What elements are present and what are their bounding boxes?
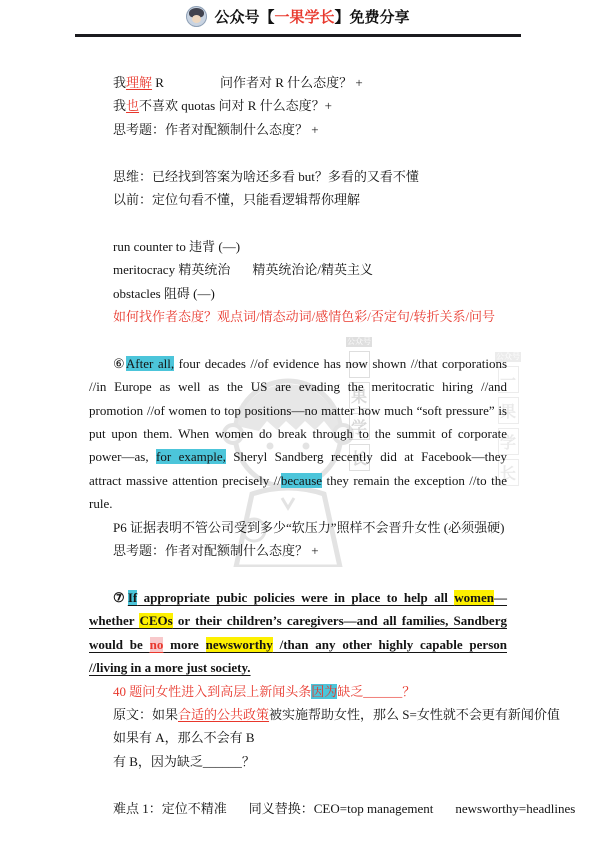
text-segment: no xyxy=(150,637,164,652)
doc-line: 40 题问女性进入到高层上新闻头条因为缺乏______？ xyxy=(89,680,507,703)
doc-line: meritocracy 精英统治精英统治论/精英主义 xyxy=(89,258,507,281)
doc-line: P6 证据表明不管公司受到多少“软压力”照样不会晋升女性 (必须强硬) xyxy=(89,516,507,539)
text-segment: 有 B，因为缺乏______？ xyxy=(113,754,255,769)
text-segment: obstacles 阻碍 (—) xyxy=(113,286,215,301)
text-segment: 同义替换：CEO=top management xyxy=(249,801,434,816)
doc-line: run counter to 违背 (—) xyxy=(89,235,507,258)
text-segment: 精英统治论/精英主义 xyxy=(252,262,373,277)
text-segment: CEOs xyxy=(139,613,172,628)
text-segment: ⑥ xyxy=(113,356,126,371)
text-segment: more xyxy=(163,637,205,652)
text-segment: for example, xyxy=(156,449,226,464)
doc-line: 难点 1：定位不精准同义替换：CEO=top managementnewswor… xyxy=(89,797,507,820)
text-segment: 不喜欢 quotas 问对 R 什么态度？+ xyxy=(139,98,332,113)
text-segment: run counter to 违背 (—) xyxy=(113,239,240,254)
blank-line xyxy=(89,562,507,585)
doc-paragraph: ⑥After all, four decades //of evidence h… xyxy=(89,352,507,516)
doc-line: 思维：已经找到答案为啥还多看 but？多看的又看不懂 xyxy=(89,165,507,188)
text-segment: 40 题问女性进入到高层上新闻头条 xyxy=(113,684,311,699)
text-segment: 思考题：作者对配额制什么态度？ + xyxy=(113,543,319,558)
text-segment: 如果有 A，那么不会有 B xyxy=(113,730,255,745)
header-divider xyxy=(75,34,521,37)
text-segment: 理解 xyxy=(126,75,152,90)
text-segment: R xyxy=(152,75,164,90)
doc-line: 思考题：作者对配额制什么态度？ + xyxy=(89,118,507,141)
brand-prefix: 公众号【 xyxy=(214,9,274,26)
text-segment: because xyxy=(281,473,322,488)
text-segment: newsworthy=headlines xyxy=(455,801,575,816)
text-segment: 思考题：作者对配额制什么态度？ + xyxy=(113,122,319,137)
text-segment: P6 证据表明不管公司受到多少“软压力”照样不会晋升女性 (必须强硬) xyxy=(113,520,504,535)
brand-name: 一果学长 xyxy=(274,9,334,26)
avatar-face-shape xyxy=(192,15,201,23)
text-segment: 如何找作者态度？观点词/情态动词/感情色彩/否定句/转折关系/问号 xyxy=(113,309,495,324)
text-segment: newsworthy xyxy=(206,637,273,652)
text-segment: 以前：定位句看不懂，只能看逻辑帮你理解 xyxy=(113,192,360,207)
blank-line xyxy=(89,211,507,234)
brand-suffix: 】免费分享 xyxy=(335,9,410,26)
doc-line: 如果有 A，那么不会有 B xyxy=(89,726,507,749)
text-segment: 也 xyxy=(126,98,139,113)
text-segment: appropriate pubic policies were in place… xyxy=(137,590,454,605)
text-segment: 问作者对 R 什么态度？ + xyxy=(220,75,363,90)
brand-title: 公众号【一果学长】免费分享 xyxy=(214,6,409,27)
account-avatar-icon xyxy=(186,6,207,27)
text-segment: 因为 xyxy=(311,684,337,699)
header: 公众号【一果学长】免费分享 xyxy=(0,6,596,27)
doc-line: 原文：如果合适的公共政策被实施帮助女性，那么 S=女性就不会更有新闻价值 xyxy=(89,703,507,726)
text-segment: 缺乏______？ xyxy=(337,684,415,699)
blank-line xyxy=(89,141,507,164)
text-segment: women xyxy=(454,590,494,605)
document-body: 我理解 R问作者对 R 什么态度？ +我也不喜欢 quotas 问对 R 什么态… xyxy=(0,71,596,820)
text-segment: After all, xyxy=(126,356,174,371)
text-segment: 思维：已经找到答案为啥还多看 but？多看的又看不懂 xyxy=(113,169,419,184)
text-segment: 合适的公共政策 xyxy=(178,707,269,722)
doc-line: 我也不喜欢 quotas 问对 R 什么态度？+ xyxy=(89,94,507,117)
text-segment: 我 xyxy=(113,98,126,113)
text-segment: 原文：如果 xyxy=(113,707,178,722)
blank-line xyxy=(89,328,507,351)
text-segment: 难点 1：定位不精准 xyxy=(113,801,227,816)
text-segment: meritocracy 精英统治 xyxy=(113,262,230,277)
doc-line: obstacles 阻碍 (—) xyxy=(89,282,507,305)
doc-line: 我理解 R问作者对 R 什么态度？ + xyxy=(89,71,507,94)
doc-line: 以前：定位句看不懂，只能看逻辑帮你理解 xyxy=(89,188,507,211)
text-segment: If xyxy=(128,590,137,605)
doc-paragraph: ⑦If appropriate pubic policies were in p… xyxy=(89,586,507,680)
doc-line: 如何找作者态度？观点词/情态动词/感情色彩/否定句/转折关系/问号 xyxy=(89,305,507,328)
text-segment: 被实施帮助女性，那么 S=女性就不会更有新闻价值 xyxy=(269,707,560,722)
doc-line: 有 B，因为缺乏______？ xyxy=(89,750,507,773)
blank-line xyxy=(89,773,507,796)
text-segment: 我 xyxy=(113,75,126,90)
doc-line: 思考题：作者对配额制什么态度？ + xyxy=(89,539,507,562)
text-segment: ⑦ xyxy=(113,590,128,605)
document-page: 公众号【一果学长】免费分享 公众号 一果学长 公众号 一果学长 我理解 R问作者… xyxy=(0,0,596,842)
